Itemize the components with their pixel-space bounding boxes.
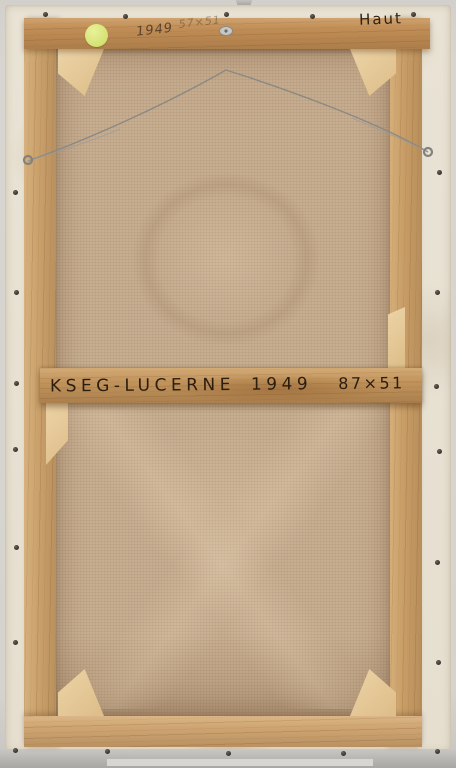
- tack: [13, 640, 18, 645]
- tack: [437, 449, 442, 454]
- painting-verso-photo: KSEG-LUCERNE 1949 87×51 194957×51 Haut: [0, 0, 456, 768]
- tack: [435, 560, 440, 565]
- tack: [13, 447, 18, 452]
- orientation-inscription: Haut: [359, 9, 403, 29]
- tack: [105, 749, 110, 754]
- crossbar-title-text: KSEG-LUCERNE: [50, 375, 235, 397]
- crossbar-dimensions-text: 87×51: [338, 373, 405, 393]
- tack: [224, 12, 229, 17]
- tack: [14, 545, 19, 550]
- tack: [434, 384, 439, 389]
- frame-bottom-highlight: [107, 759, 373, 766]
- tack: [411, 12, 416, 17]
- tack: [341, 751, 346, 756]
- tack: [13, 748, 18, 753]
- tack: [123, 14, 128, 19]
- crossbar-inscription: KSEG-LUCERNE 1949 87×51: [50, 373, 405, 396]
- tack: [436, 660, 441, 665]
- crossbar-wedge-right: [388, 307, 405, 368]
- tack: [435, 749, 440, 754]
- tack: [14, 290, 19, 295]
- stretcher-bar-bottom: [24, 716, 422, 747]
- tack: [226, 751, 231, 756]
- paint-bleed-diagonals: [56, 409, 390, 709]
- tack: [310, 14, 315, 19]
- crossbar-year-text: 1949: [251, 374, 312, 395]
- tack: [43, 12, 48, 17]
- tack: [13, 190, 18, 195]
- stretcher-crossbar: KSEG-LUCERNE 1949 87×51: [40, 368, 422, 403]
- yellow-dot-sticker: [85, 24, 108, 47]
- tack: [437, 170, 442, 175]
- tack: [435, 290, 440, 295]
- tack: [14, 381, 19, 386]
- paint-bleed-ring: [96, 139, 356, 379]
